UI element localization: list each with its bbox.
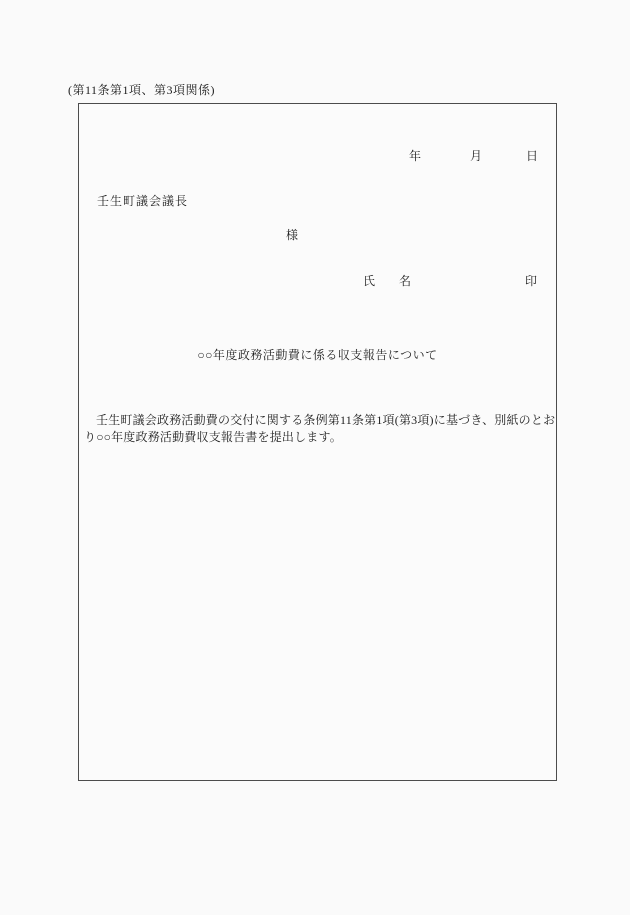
- document-title: ○○年度政務活動費に係る収支報告について: [79, 348, 556, 362]
- form-border-box: 年 月 日 壬生町議会議長 様 氏 名 印 ○○年度政務活動費に係る収支報告につ…: [78, 103, 557, 781]
- seal-label: 印: [525, 274, 537, 288]
- date-day-label: 日: [526, 149, 538, 163]
- name-label-mei: 名: [399, 274, 411, 288]
- name-label-shi: 氏: [363, 274, 375, 288]
- date-year-label: 年: [409, 149, 421, 163]
- addressee-honorific: 様: [286, 228, 298, 242]
- document-page: (第11条第1項、第3項関係) 年 月 日 壬生町議会議長 様 氏 名 印 ○○…: [0, 0, 630, 915]
- body-line-1: 壬生町議会政務活動費の交付に関する条例第11条第1項(第3項)に基づき、別紙のと…: [84, 412, 552, 429]
- reference-note: (第11条第1項、第3項関係): [68, 83, 215, 97]
- addressee-title: 壬生町議会議長: [97, 194, 188, 208]
- date-month-label: 月: [470, 149, 482, 163]
- body-paragraph: 壬生町議会政務活動費の交付に関する条例第11条第1項(第3項)に基づき、別紙のと…: [84, 412, 552, 446]
- body-line-2: り○○年度政務活動費収支報告書を提出します。: [84, 429, 552, 446]
